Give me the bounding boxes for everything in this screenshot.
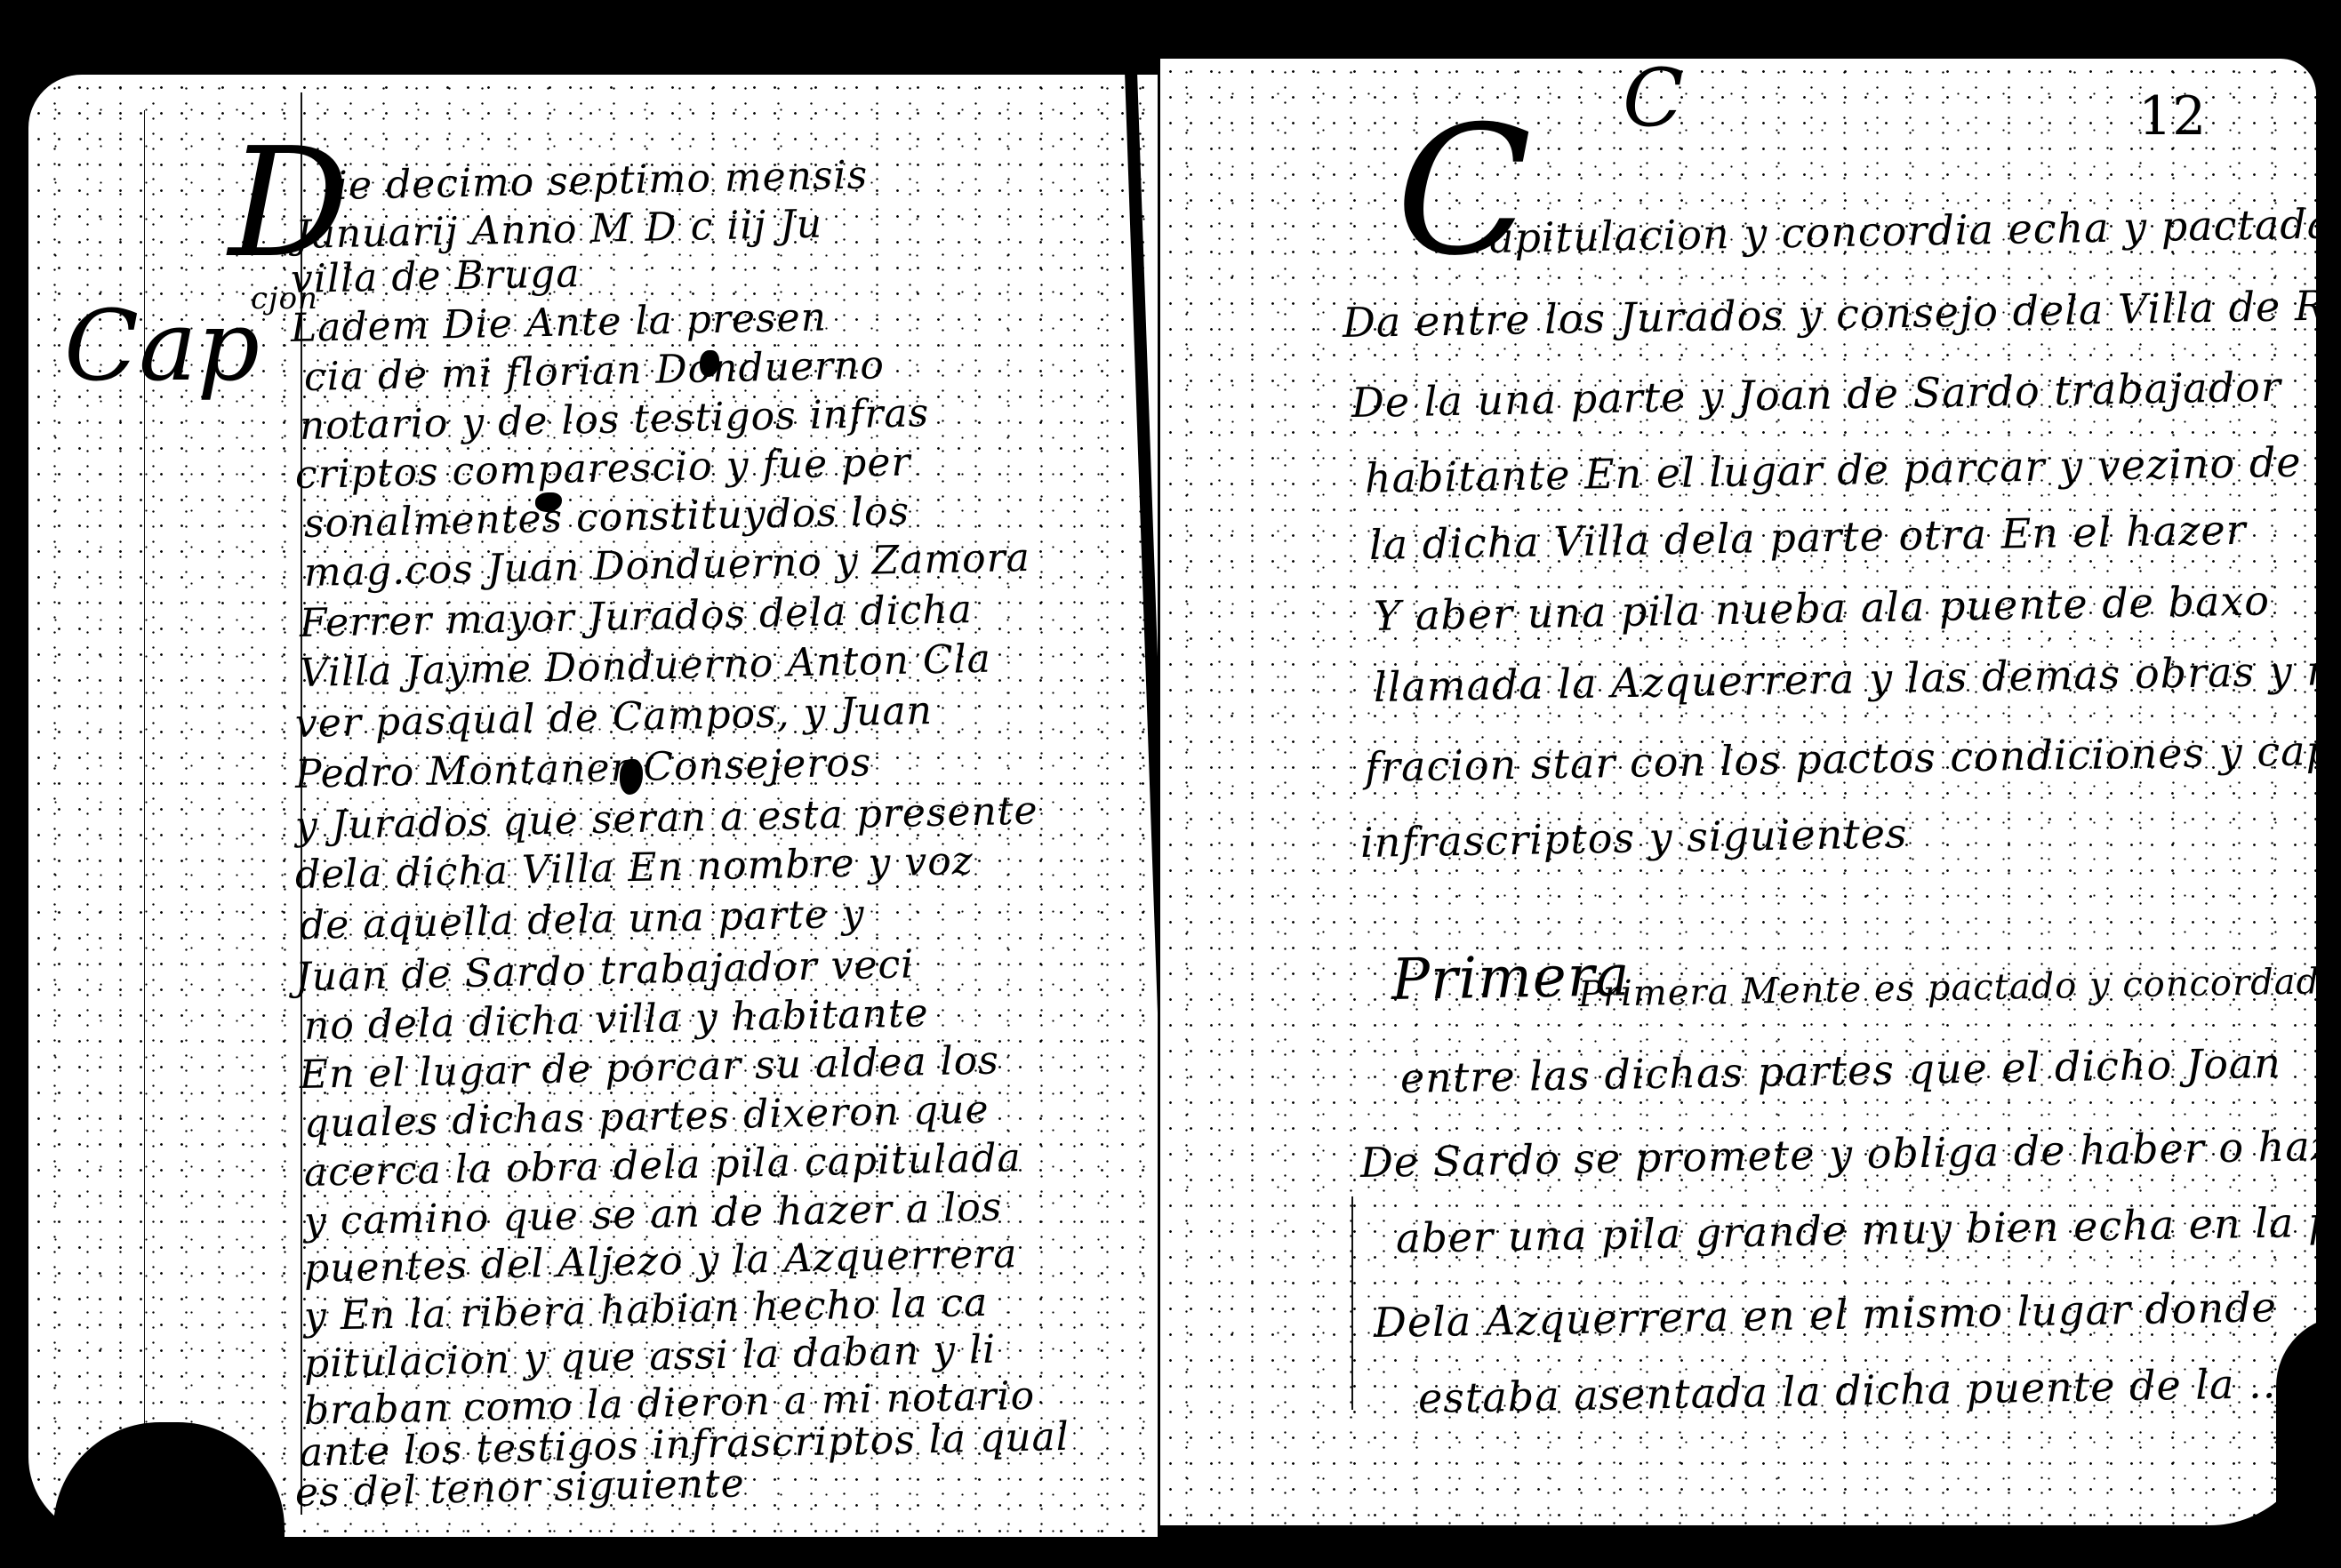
text-line: Dela Azquerrera en el mismo lugar donde: [1374, 1283, 2278, 1347]
text-line: Pedro Montaner Consejeros: [294, 740, 871, 797]
text-line: ie decimo septimo mensis: [334, 152, 868, 209]
text-line: De la una parte y Joan de Sardo trabajad…: [1351, 363, 2282, 427]
text-line: no dela dicha villa y habitante: [303, 990, 929, 1049]
text-line: criptos comparescio y fue per: [294, 440, 910, 498]
margin-note: Cap: [64, 297, 260, 395]
text-line: llamada la Azquerrera y las demas obras …: [1374, 645, 2316, 711]
margin-rule: [1351, 1196, 1353, 1410]
text-line: es del tenor siguiente: [294, 1460, 745, 1516]
text-line: ver pasqual de Campos, y Juan: [294, 688, 933, 747]
text-line: Januarij Anno M D c iij Ju: [294, 202, 822, 258]
text-line: cia de mi florian Donduerno: [303, 342, 885, 400]
text-line: aber una pila grande muy bien echa en la…: [1396, 1196, 2316, 1262]
manuscript-spread: D cjon Cap ie decimo septimo mensis Janu…: [0, 0, 2341, 1568]
text-line: notario y de los testigos infras: [299, 390, 929, 449]
text-line: Villa Jayme Donduerno Anton Cla: [299, 636, 991, 696]
scan-shadow: [2276, 1316, 2341, 1568]
text-line: infrascriptos y siguientes: [1360, 809, 1908, 867]
right-page: C 12 C apitulacion y concordia echa y pa…: [1160, 59, 2316, 1525]
heading-mark: C: [1623, 59, 1684, 139]
text-line: Primera Mente es pactado y concordado: [1578, 961, 2316, 1015]
text-line: De Sardo se promete y obliga de haber o …: [1360, 1121, 2316, 1187]
text-line: habitante En el lugar de parcar y vezino…: [1365, 438, 2302, 502]
text-line: Ferrer mayor Jurados dela dicha: [299, 587, 973, 646]
text-line: estaba asentada la dicha puente de la ..…: [1418, 1359, 2291, 1422]
text-line: la dicha Villa dela parte otra En el haz…: [1369, 506, 2247, 569]
text-line: fracion star con los pactos condiciones …: [1365, 724, 2316, 791]
text-line: Juan de Sardo trabajador veci: [294, 941, 914, 1000]
folio-number: 12: [2138, 85, 2206, 148]
text-line: sonalmentes constituydos los: [303, 489, 910, 547]
text-line: entre las dichas partes que el dicho Joa…: [1400, 1039, 2282, 1102]
text-line: apitulacion y concordia echa y pactada y…: [1489, 196, 2316, 262]
text-line: de aquella dela una parte y: [299, 892, 865, 948]
text-line: Y aber una pila nueba ala puente de baxo: [1374, 576, 2271, 640]
text-line: Ladem Die Ante la presen: [290, 294, 827, 351]
left-page: D cjon Cap ie decimo septimo mensis Janu…: [28, 75, 1158, 1537]
text-line: dela dicha Villa En nombre y voz: [294, 838, 974, 898]
text-line: villa de Bruga: [290, 251, 581, 302]
